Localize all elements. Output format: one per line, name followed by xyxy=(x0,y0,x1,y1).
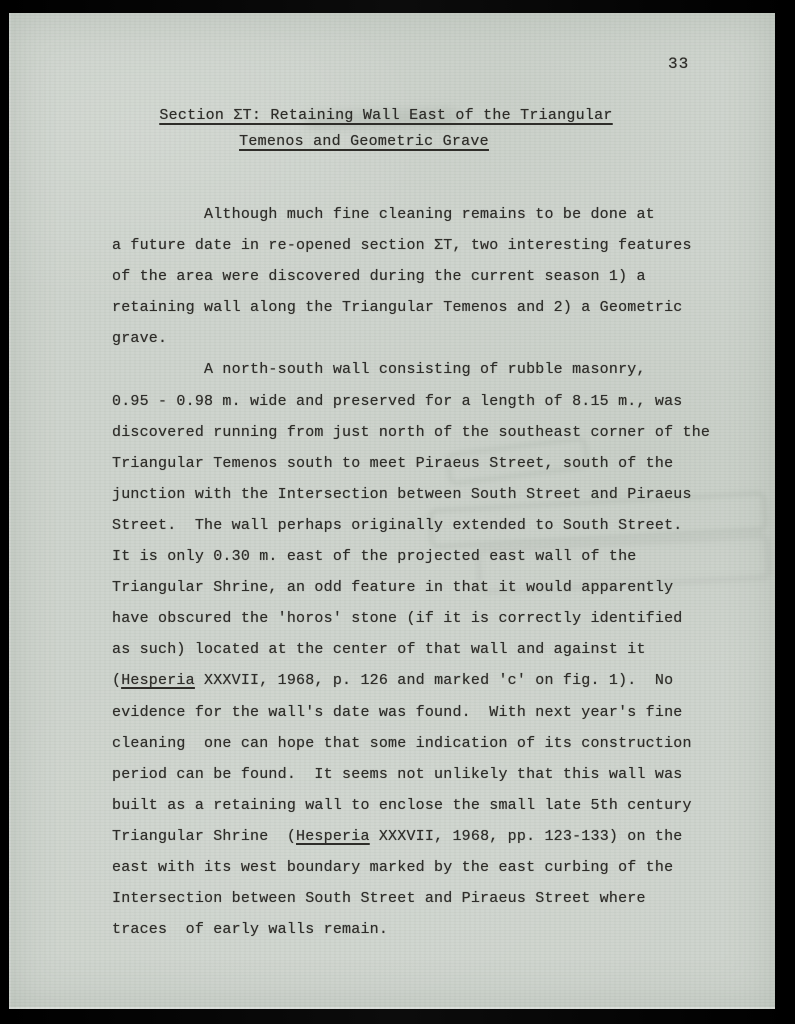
text-line: period can be found. It seems not unlike… xyxy=(112,759,752,790)
text-line: a future date in re-opened section ΣT, t… xyxy=(112,230,752,261)
text-line: Triangular Shrine, an odd feature in tha… xyxy=(112,572,752,603)
document-page: 33 Section ΣT: Retaining Wall East of th… xyxy=(9,13,775,1009)
text-line: junction with the Intersection between S… xyxy=(112,479,752,510)
text-line: It is only 0.30 m. east of the projected… xyxy=(112,541,752,572)
scan-background: 33 Section ΣT: Retaining Wall East of th… xyxy=(0,0,795,1024)
text-line: built as a retaining wall to enclose the… xyxy=(112,790,752,821)
text-line: traces of early walls remain. xyxy=(112,914,752,945)
section-title-line-2: Temenos and Geometric Grave xyxy=(0,129,747,155)
text-line: east with its west boundary marked by th… xyxy=(112,852,752,883)
text-line: A north-south wall consisting of rubble … xyxy=(112,354,752,385)
text-line: retaining wall along the Triangular Teme… xyxy=(112,292,752,323)
text-line: of the area were discovered during the c… xyxy=(112,261,752,292)
text-line: Although much fine cleaning remains to b… xyxy=(112,199,752,230)
body-text: Although much fine cleaning remains to b… xyxy=(112,199,752,945)
text-line: evidence for the wall's date was found. … xyxy=(112,697,752,728)
text-line: 0.95 - 0.98 m. wide and preserved for a … xyxy=(112,386,752,417)
text-line: as such) located at the center of that w… xyxy=(112,634,752,665)
text-line: Triangular Shrine (Hesperia XXXVII, 1968… xyxy=(112,821,752,852)
text-line: discovered running from just north of th… xyxy=(112,417,752,448)
text-line: Triangular Temenos south to meet Piraeus… xyxy=(112,448,752,479)
text-line: (Hesperia XXXVII, 1968, p. 126 and marke… xyxy=(112,665,752,696)
section-title-line-1: Section ΣT: Retaining Wall East of the T… xyxy=(3,103,769,129)
page-number: 33 xyxy=(668,55,689,73)
text-line: have obscured the 'horos' stone (if it i… xyxy=(112,603,752,634)
text-line: cleaning one can hope that some indicati… xyxy=(112,728,752,759)
text-line: Intersection between South Street and Pi… xyxy=(112,883,752,914)
section-title: Section ΣT: Retaining Wall East of the T… xyxy=(9,103,775,155)
text-line: grave. xyxy=(112,323,752,354)
text-line: Street. The wall perhaps originally exte… xyxy=(112,510,752,541)
